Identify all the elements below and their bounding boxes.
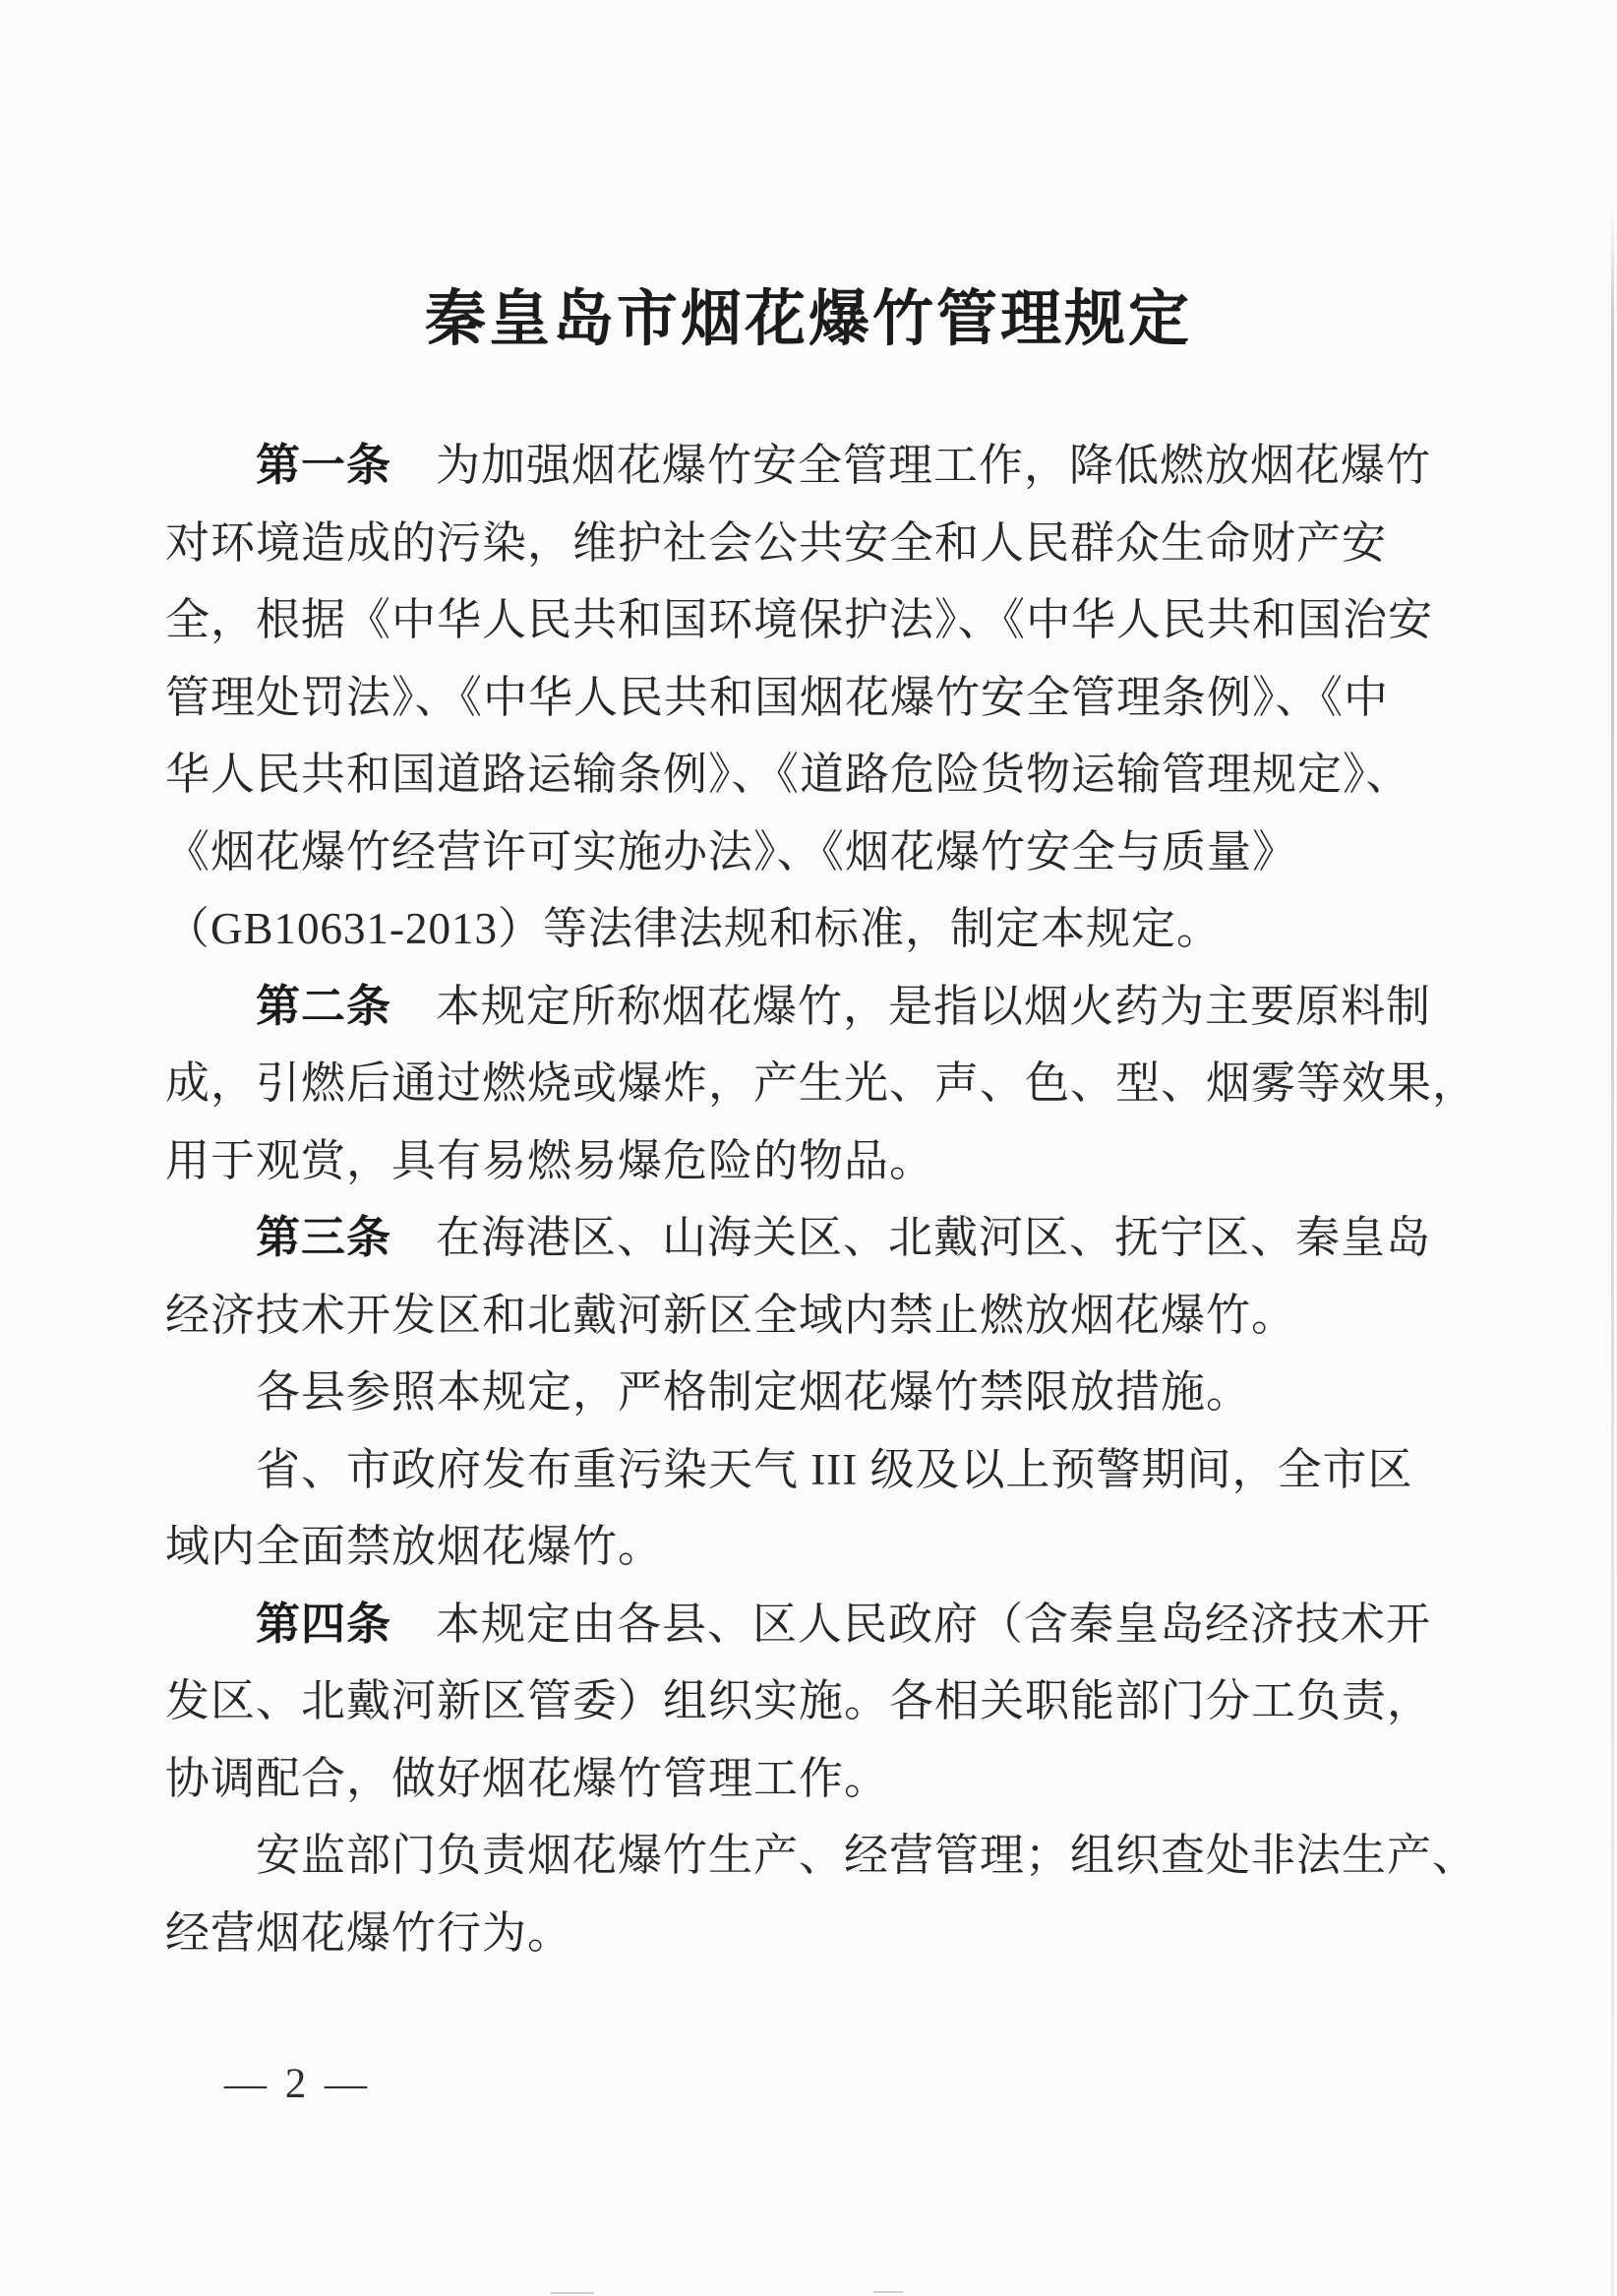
line-text: 在海港区、山海关区、北戴河区、抚宁区、秦皇岛: [436, 1213, 1431, 1262]
body-line: 经济技术开发区和北戴河新区全域内禁止燃放烟花爆竹。: [165, 1277, 1424, 1355]
body-line: 第一条为加强烟花爆竹安全管理工作，降低燃放烟花爆竹: [165, 427, 1424, 505]
line-text: 发区、北戴河新区管委）组织实施。各相关职能部门分工负责，: [165, 1676, 1432, 1725]
line-text: 协调配合，做好烟花爆竹管理工作。: [165, 1754, 889, 1803]
line-text: 经济技术开发区和北戴河新区全域内禁止燃放烟花爆竹。: [165, 1291, 1296, 1340]
document-title: 秦皇岛市烟花爆竹管理规定: [0, 270, 1617, 357]
scan-speck: [873, 2291, 903, 2293]
line-text: 域内全面禁放烟花爆竹。: [165, 1522, 663, 1571]
body-line: 第四条本规定由各县、区人民政府（含秦皇岛经济技术开: [165, 1586, 1424, 1663]
body-line: 安监部门负责烟花爆竹生产、经营管理；组织查处非法生产、: [165, 1817, 1424, 1895]
page-number: — 2 —: [224, 2060, 371, 2108]
body-line: 成，引燃后通过燃烧或爆炸，产生光、声、色、型、烟雾等效果，: [165, 1045, 1424, 1122]
line-text: 对环境造成的污染，维护社会公共安全和人民群众生命财产安: [165, 518, 1387, 568]
body-line: 协调配合，做好烟花爆竹管理工作。: [165, 1740, 1424, 1818]
line-text: 全，根据《中华人民共和国环境保护法》、《中华人民共和国治安: [165, 595, 1433, 644]
line-text: 华人民共和国道路运输条例》、《道路危险货物运输管理规定》、: [165, 750, 1411, 799]
body-line: 域内全面禁放烟花爆竹。: [165, 1508, 1424, 1586]
scanned-document-page: 秦皇岛市烟花爆竹管理规定 第一条为加强烟花爆竹安全管理工作，降低燃放烟花爆竹 对…: [0, 0, 1617, 2296]
body-line: 管理处罚法》、《中华人民共和国烟花爆竹安全管理条例》、《中: [165, 659, 1424, 737]
line-text: 各县参照本规定，严格制定烟花爆竹禁限放措施。: [256, 1367, 1251, 1417]
scan-edge-artifact: [1611, 207, 1614, 2296]
scan-speck: [551, 2292, 594, 2294]
body-line: 发区、北戴河新区管委）组织实施。各相关职能部门分工负责，: [165, 1662, 1424, 1740]
line-text: 用于观赏，具有易燃易爆危险的物品。: [165, 1136, 934, 1185]
body-line: 华人民共和国道路运输条例》、《道路危险货物运输管理规定》、: [165, 736, 1424, 814]
line-text: 经营烟花爆竹行为。: [165, 1908, 572, 1958]
line-text: 管理处罚法》、《中华人民共和国烟花爆竹安全管理条例》、《中: [165, 673, 1389, 722]
body-line: 第三条在海港区、山海关区、北戴河区、抚宁区、秦皇岛: [165, 1199, 1424, 1277]
body-line: 省、市政府发布重污染天气 III 级及以上预警期间，全市区: [165, 1431, 1424, 1509]
body-line: 《烟花爆竹经营许可实施办法》、《烟花爆竹安全与质量》: [165, 814, 1424, 891]
line-text: 为加强烟花爆竹安全管理工作，降低燃放烟花爆竹: [436, 441, 1431, 490]
article-number-lead: 第一条: [256, 440, 391, 490]
line-text: 本规定由各县、区人民政府（含秦皇岛经济技术开: [436, 1600, 1431, 1649]
body-line: 各县参照本规定，严格制定烟花爆竹禁限放措施。: [165, 1354, 1424, 1431]
line-text: 安监部门负责烟花爆竹生产、经营管理；组织查处非法生产、: [256, 1831, 1477, 1880]
body-line: （GB10631-2013）等法律法规和标准，制定本规定。: [165, 890, 1424, 968]
line-text: 成，引燃后通过燃烧或爆炸，产生光、声、色、型、烟雾等效果，: [165, 1058, 1477, 1108]
article-number-lead: 第三条: [256, 1212, 391, 1262]
line-text: 《烟花爆竹经营许可实施办法》、《烟花爆竹安全与质量》: [165, 827, 1297, 876]
body-line: 对环境造成的污染，维护社会公共安全和人民群众生命财产安: [165, 505, 1424, 582]
line-text: 本规定所称烟花爆竹，是指以烟火药为主要原料制: [436, 982, 1431, 1031]
body-line: 用于观赏，具有易燃易爆危险的物品。: [165, 1122, 1424, 1200]
line-text: （GB10631-2013）等法律法规和标准，制定本规定。: [165, 904, 1222, 953]
line-text: 省、市政府发布重污染天气 III 级及以上预警期间，全市区: [256, 1445, 1412, 1494]
body-line: 第二条本规定所称烟花爆竹，是指以烟火药为主要原料制: [165, 968, 1424, 1046]
body-line: 经营烟花爆竹行为。: [165, 1895, 1424, 1972]
article-number-lead: 第二条: [256, 981, 391, 1031]
document-body: 第一条为加强烟花爆竹安全管理工作，降低燃放烟花爆竹 对环境造成的污染，维护社会公…: [165, 427, 1424, 1971]
article-number-lead: 第四条: [256, 1599, 391, 1649]
body-line: 全，根据《中华人民共和国环境保护法》、《中华人民共和国治安: [165, 581, 1424, 659]
